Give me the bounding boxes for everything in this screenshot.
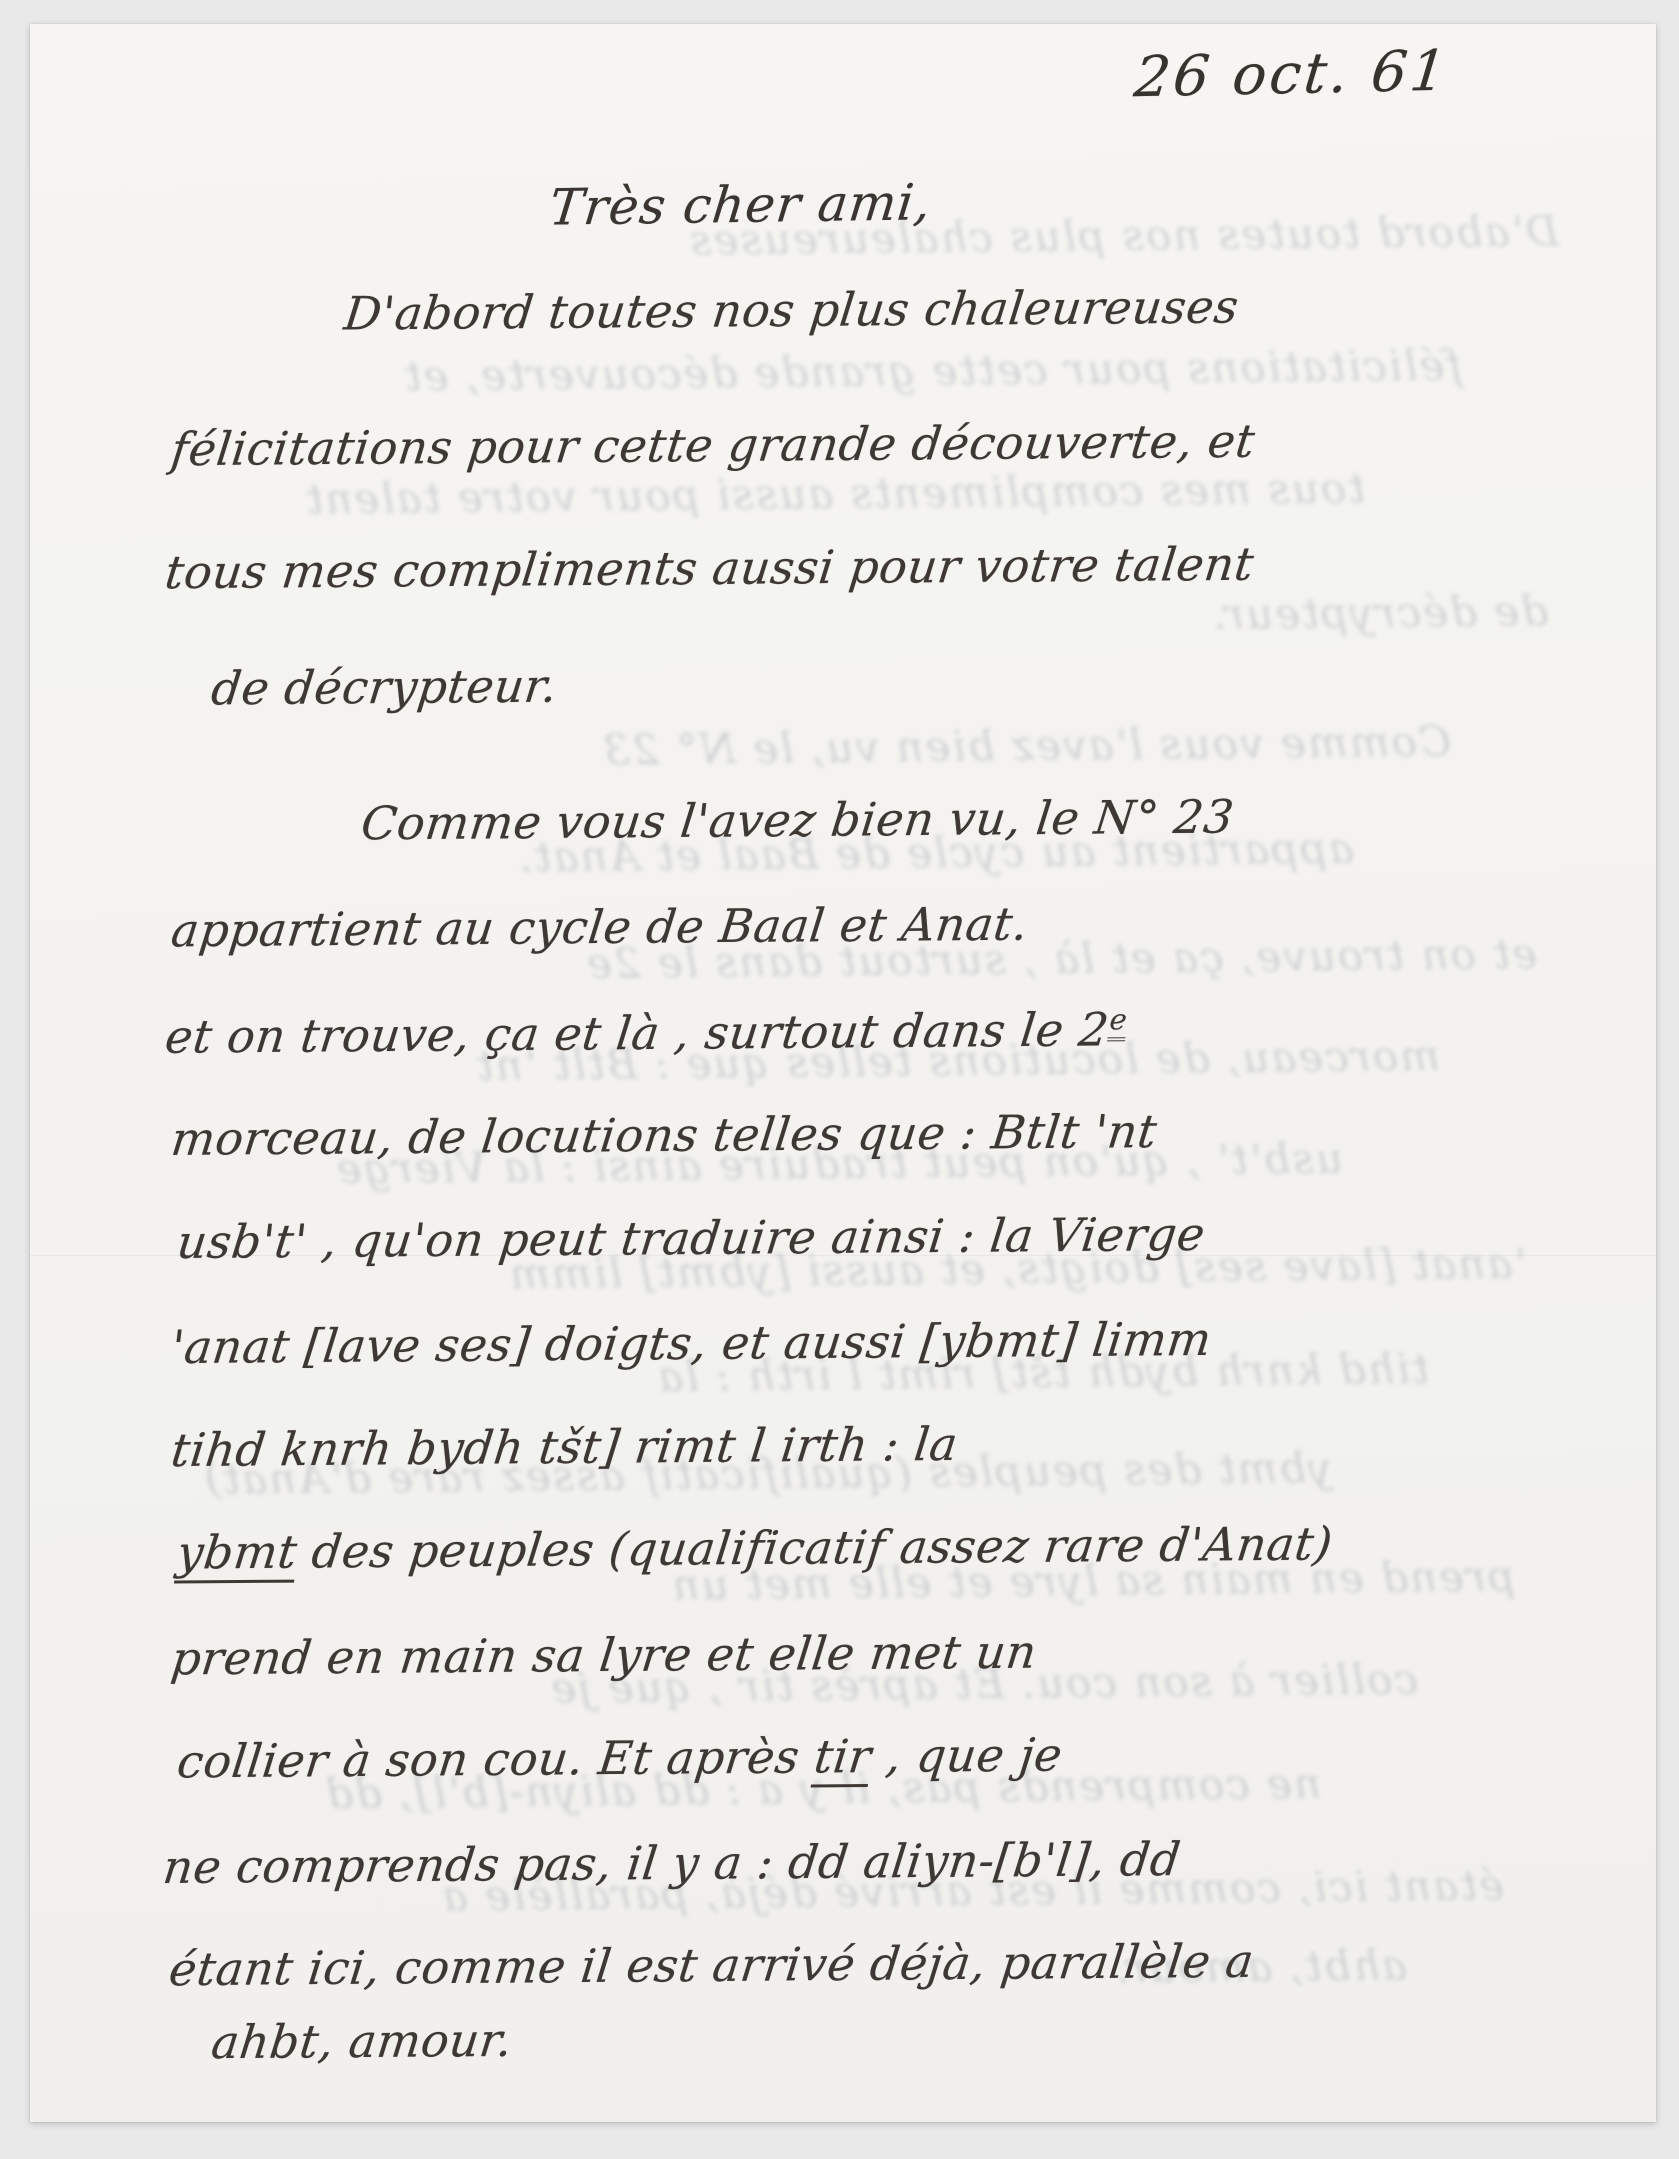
letter-line: ahbt, amour.: [209, 2013, 516, 2069]
letter-line: 'anat [lave ses] doigts, et aussi [ybmt]…: [168, 1312, 1214, 1374]
letter-line: tihd knrh bydh tšt] rimt l irth : la: [169, 1417, 961, 1477]
letter-line: morceau, de locutions telles que : Btlt …: [168, 1104, 1160, 1166]
letter-line: félicitations pour cette grande découver…: [168, 414, 1258, 476]
letter-line: étant ici, comme il est arrivé déjà, par…: [166, 1934, 1256, 1997]
letter-line: collier à son cou. Et après tir , que je: [174, 1728, 1065, 1789]
letter-line: ybmt des peuples (qualificatif assez rar…: [174, 1516, 1335, 1579]
scanned-letter-page: D'abord toutes nos plus chaleureusesféli…: [0, 0, 1679, 2159]
letter-line: usb't' , qu'on peut traduire ainsi : la …: [174, 1207, 1208, 1269]
letter-line: Comme vous l'avez bien vu, le N° 23: [358, 790, 1236, 851]
letter-body: 26 oct. 61 Très cher ami, D'abord toutes…: [0, 0, 1679, 2159]
letter-line: de décrypteur.: [209, 659, 561, 716]
letter-line: prend en main sa lyre et elle met un: [168, 1625, 1039, 1686]
letter-line: D'abord toutes nos plus chaleureuses: [341, 279, 1241, 340]
letter-salutation: Très cher ami,: [547, 173, 935, 236]
letter-line: appartient au cycle de Baal et Anat.: [168, 897, 1031, 958]
letter-date: 26 oct. 61: [1131, 39, 1452, 111]
letter-line: ne comprends pas, il y a : dd aliyn-[b'l…: [160, 1832, 1183, 1894]
letter-line: tous mes compliments aussi pour votre ta…: [162, 537, 1256, 600]
letter-line: et on trouve, ça et là , surtout dans le…: [162, 1002, 1129, 1064]
